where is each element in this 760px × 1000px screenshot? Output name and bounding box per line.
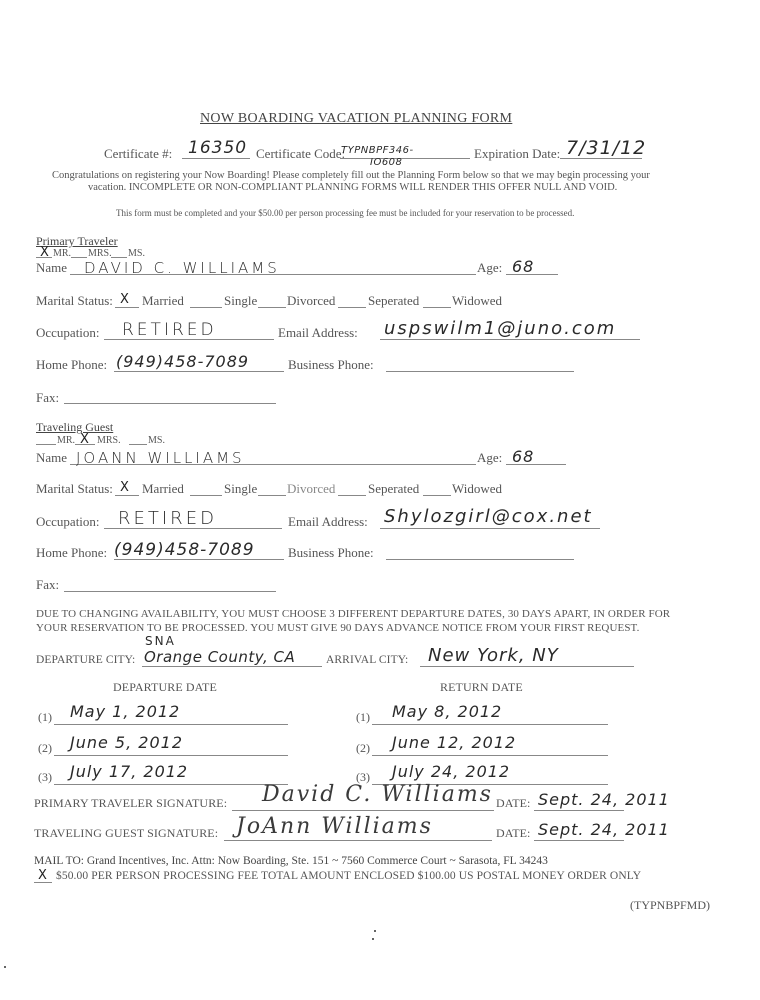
departure-date-header: DEPARTURE DATE — [113, 680, 217, 695]
primary-fax-label: Fax: — [36, 390, 59, 406]
guest-signature-date[interactable]: Sept. 24, 2011 — [538, 820, 670, 839]
married-label: Married — [142, 481, 184, 497]
single-label: Single — [224, 481, 257, 497]
return-date-field[interactable]: June 12, 2012 — [392, 733, 516, 752]
expiration-date-label: Expiration Date: — [474, 146, 560, 162]
primary-occupation-label: Occupation: — [36, 325, 100, 341]
primary-business-phone-label: Business Phone: — [288, 357, 374, 373]
return-date-header: RETURN DATE — [440, 680, 523, 695]
divorced-label: Divorced — [287, 293, 335, 309]
primary-date-label: DATE: — [496, 796, 531, 811]
mrs-label: MRS. — [97, 435, 121, 446]
primary-age-label: Age: — [477, 260, 502, 276]
mr-label: MR. — [53, 248, 71, 259]
expiration-date-value[interactable]: 7/31/12 — [566, 137, 646, 159]
departure-city-note: SNA — [145, 634, 176, 648]
mrs-label: MRS. — [88, 248, 112, 259]
fee-line: $50.00 PER PERSON PROCESSING FEE TOTAL A… — [56, 870, 641, 882]
form-code: (TYPNBPFMD) — [630, 898, 710, 913]
primary-marital-label: Marital Status: — [36, 293, 113, 309]
departure-date-index: (1) — [38, 710, 52, 725]
primary-email-label: Email Address: — [278, 325, 358, 341]
certificate-number-label: Certificate #: — [104, 146, 172, 162]
guest-signature-label: TRAVELING GUEST SIGNATURE: — [34, 826, 218, 841]
departure-city-label: DEPARTURE CITY: — [36, 654, 135, 666]
departure-date-field[interactable]: July 17, 2012 — [70, 762, 188, 781]
primary-home-phone-label: Home Phone: — [36, 357, 107, 373]
return-date-index: (2) — [356, 741, 370, 756]
travel-notice-line2: YOUR RESERVATION TO BE PROCESSED. YOU MU… — [36, 622, 639, 634]
guest-business-phone-label: Business Phone: — [288, 545, 374, 561]
guest-email-label: Email Address: — [288, 514, 368, 530]
guest-occupation-field[interactable]: RETIRED — [118, 508, 217, 529]
married-label: Married — [142, 293, 184, 309]
traveling-guest-heading: Traveling Guest — [36, 420, 113, 435]
certificate-code-value-line2: IO608 — [370, 157, 402, 168]
certificate-code-label: Certificate Code: — [256, 146, 345, 162]
primary-signature-label: PRIMARY TRAVELER SIGNATURE: — [34, 796, 227, 811]
return-date-index: (1) — [356, 710, 370, 725]
guest-married-checkbox[interactable]: X — [120, 480, 129, 495]
mr-label: MR. — [57, 435, 75, 446]
travel-notice-line1: DUE TO CHANGING AVAILABILITY, YOU MUST C… — [36, 608, 670, 620]
departure-date-field[interactable]: May 1, 2012 — [70, 702, 180, 721]
departure-date-index: (2) — [38, 741, 52, 756]
guest-name-label: Name — [36, 450, 67, 466]
guest-fax-label: Fax: — [36, 577, 59, 593]
primary-married-checkbox[interactable]: X — [120, 292, 129, 307]
primary-home-phone-field[interactable]: (949)458-7089 — [116, 352, 249, 371]
departure-date-index: (3) — [38, 770, 52, 785]
primary-name-label: Name — [36, 260, 67, 276]
separated-label: Seperated — [368, 293, 419, 309]
intro-text-line2: vacation. INCOMPLETE OR NON-COMPLIANT PL… — [88, 182, 617, 193]
guest-email-field[interactable]: Shylozgirl@cox.net — [384, 506, 593, 527]
primary-signature-field[interactable]: David C. Williams — [262, 782, 493, 807]
certificate-number-value[interactable]: 16350 — [188, 138, 247, 158]
primary-fax-field[interactable] — [64, 389, 276, 403]
primary-occupation-field[interactable]: RETIRED — [122, 320, 217, 340]
ms-label: MS. — [128, 248, 145, 259]
guest-name-field[interactable]: JOANN WILLIAMS — [76, 449, 245, 467]
intro-text-line1: Congratulations on registering your Now … — [52, 170, 650, 181]
guest-age-field[interactable]: 68 — [512, 447, 534, 466]
guest-home-phone-field[interactable]: (949)458-7089 — [114, 540, 255, 560]
departure-city-field[interactable]: Orange County, CA — [144, 648, 295, 666]
guest-occupation-label: Occupation: — [36, 514, 100, 530]
arrival-city-label: ARRIVAL CITY: — [326, 654, 408, 666]
single-label: Single — [224, 293, 257, 309]
mail-to-address: MAIL TO: Grand Incentives, Inc. Attn: No… — [34, 855, 548, 867]
return-date-field[interactable]: July 24, 2012 — [392, 762, 510, 781]
widowed-label: Widowed — [452, 481, 502, 497]
guest-signature-field[interactable]: JoAnn Williams — [236, 814, 433, 839]
arrival-city-field[interactable]: New York, NY — [428, 645, 559, 666]
fee-checkbox[interactable]: X — [38, 868, 47, 883]
guest-mrs-checkbox[interactable]: X — [80, 432, 89, 447]
ms-label: MS. — [148, 435, 165, 446]
separated-label: Seperated — [368, 481, 419, 497]
divorced-label: Divorced — [287, 481, 335, 497]
primary-business-phone-field[interactable] — [386, 357, 574, 371]
guest-fax-field[interactable] — [64, 577, 276, 591]
widowed-label: Widowed — [452, 293, 502, 309]
guest-marital-label: Marital Status: — [36, 481, 113, 497]
guest-home-phone-label: Home Phone: — [36, 545, 107, 561]
fee-notice: This form must be completed and your $50… — [116, 208, 574, 218]
guest-age-label: Age: — [477, 450, 502, 466]
guest-date-label: DATE: — [496, 826, 531, 841]
return-date-field[interactable]: May 8, 2012 — [392, 702, 502, 721]
primary-email-field[interactable]: uspswilm1@juno.com — [384, 318, 616, 339]
primary-age-field[interactable]: 68 — [512, 257, 534, 276]
certificate-code-value[interactable]: TYPNBPF346- — [341, 145, 414, 156]
primary-name-field[interactable]: DAVID C. WILLIAMS — [84, 259, 280, 277]
guest-business-phone-field[interactable] — [386, 545, 574, 559]
primary-signature-date[interactable]: Sept. 24, 2011 — [538, 790, 670, 809]
form-title: NOW BOARDING VACATION PLANNING FORM — [200, 111, 512, 127]
departure-date-field[interactable]: June 5, 2012 — [70, 733, 183, 752]
primary-mr-checkbox[interactable]: X — [40, 245, 49, 260]
